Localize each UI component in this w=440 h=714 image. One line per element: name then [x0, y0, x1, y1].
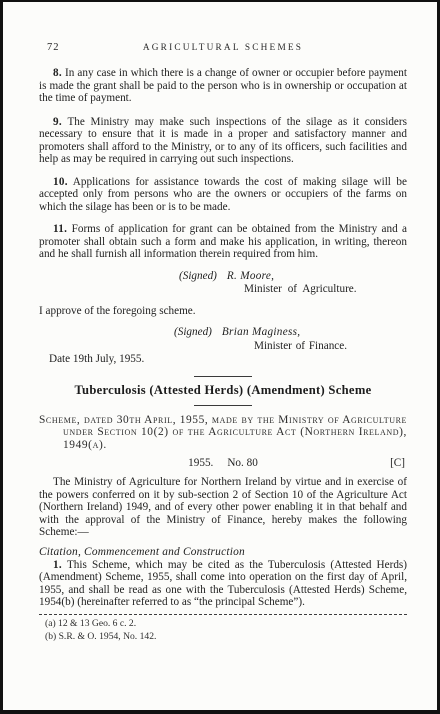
signatory-title-finance: Minister of Finance. [254, 340, 407, 353]
section-1-text: This Scheme, which may be cited as the T… [39, 559, 407, 609]
section-heading-citation: Citation, Commencement and Construction [39, 546, 407, 559]
page-number: 72 [47, 42, 60, 53]
signed-label-finance: (Signed) [174, 326, 212, 338]
signatory-name-agriculture: R. Moore, [227, 270, 274, 282]
paragraph-9: 9. The Ministry may make such inspection… [39, 116, 407, 166]
running-header-title: AGRICULTURAL SCHEMES [143, 43, 303, 53]
paragraph-11-number: 11. [53, 223, 67, 235]
paragraph-11: 11. Forms of application for grant can b… [39, 223, 407, 261]
paragraph-8: 8. In any case in which there is a chang… [39, 67, 407, 105]
corner-mark: [C] [390, 457, 405, 470]
page-content: 72 AGRICULTURAL SCHEMES 8. In any case i… [3, 2, 437, 710]
signature-finance: (Signed)Brian Maginess, [174, 326, 407, 339]
page-header: 72 AGRICULTURAL SCHEMES [39, 42, 407, 55]
reference-line: 1955.No. 80 [C] [39, 457, 407, 470]
approval-line: I approve of the foregoing scheme. [39, 305, 407, 318]
tb-scheme-section: Tuberculosis (Attested Herds) (Amendment… [39, 383, 407, 643]
preamble: The Ministry of Agriculture for Northern… [39, 476, 407, 539]
scanned-page: 72 AGRICULTURAL SCHEMES 8. In any case i… [0, 0, 440, 714]
paragraph-10: 10. Applications for assistance towards … [39, 176, 407, 214]
scheme-caption: Scheme, dated 30th April, 1955, made by … [39, 414, 407, 452]
signature-agriculture: (Signed)R. Moore, [179, 270, 407, 283]
scheme-title: Tuberculosis (Attested Herds) (Amendment… [39, 383, 407, 398]
reference-number: No. 80 [227, 457, 257, 469]
paragraph-9-number: 9. [53, 116, 62, 128]
footnote-b: (b) S.R. & O. 1954, No. 142. [45, 632, 407, 643]
reference-year: 1955. [188, 457, 213, 469]
paragraph-10-number: 10. [53, 176, 68, 188]
footnote-a: (a) 12 & 13 Geo. 6 c. 2. [45, 619, 407, 630]
date-line: Date 19th July, 1955. [49, 353, 407, 366]
section-1-number: 1. [53, 559, 62, 571]
separator-rule-top [194, 376, 252, 377]
section-1: 1. This Scheme, which may be cited as th… [39, 559, 407, 609]
paragraph-8-number: 8. [53, 67, 62, 79]
silage-scheme-section: 8. In any case in which there is a chang… [39, 67, 407, 366]
signatory-title-agriculture: Minister of Agriculture. [244, 283, 407, 296]
separator-rule-bottom [194, 405, 252, 406]
paragraph-8-text: In any case in which there is a change o… [39, 67, 407, 104]
paragraph-11-text: Forms of application for grant can be ob… [39, 223, 407, 260]
signatory-name-finance: Brian Maginess, [222, 326, 300, 338]
footnote-rule [39, 614, 407, 615]
signed-label-agriculture: (Signed) [179, 270, 217, 282]
paragraph-10-text: Applications for assistance towards the … [39, 176, 407, 213]
paragraph-9-text: The Ministry may make such inspections o… [39, 116, 407, 166]
